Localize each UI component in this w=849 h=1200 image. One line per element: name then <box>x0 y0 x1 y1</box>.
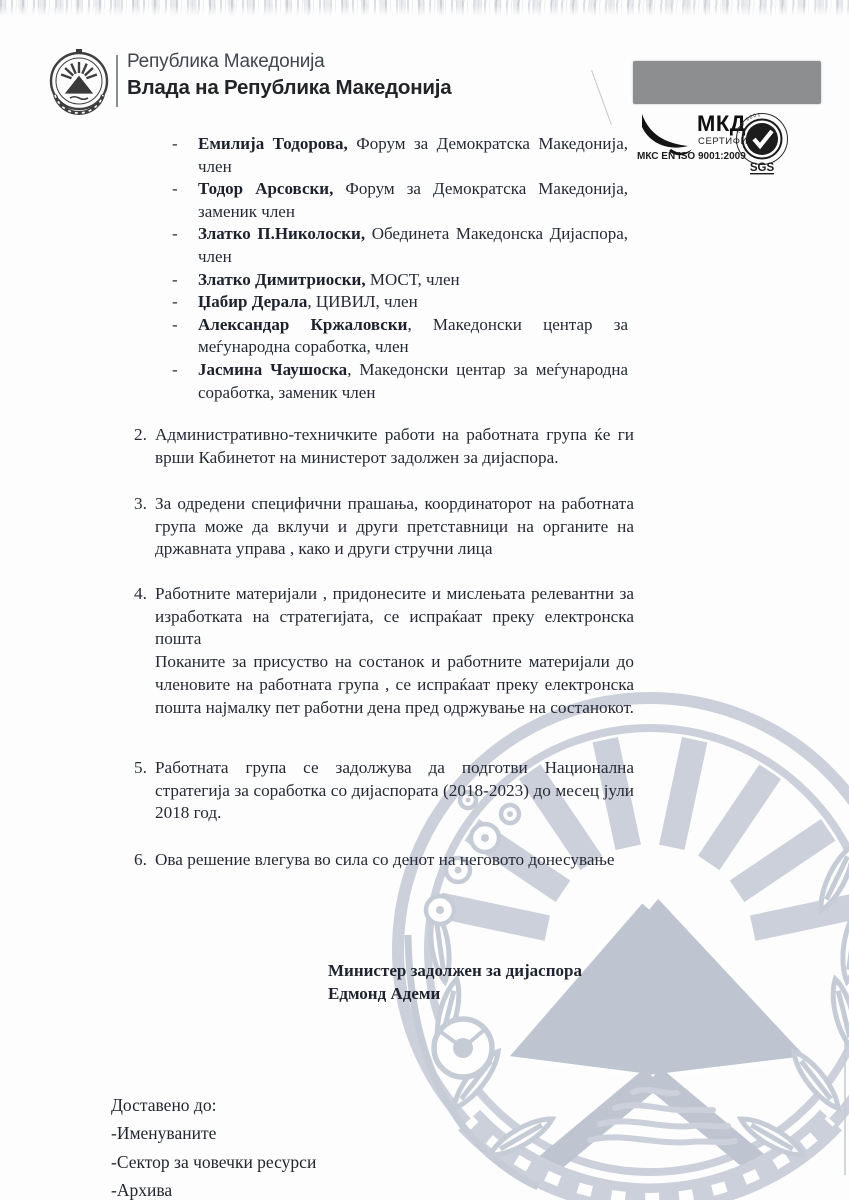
member-name: Јасмина Чаушоска <box>198 360 347 379</box>
paragraph-6: 6. Ова решение влегува во сила со денот … <box>134 849 634 872</box>
paragraph-number: 6. <box>134 849 155 872</box>
country-name: Република Македонија <box>127 51 452 73</box>
paragraph-number: 5. <box>134 757 155 825</box>
paragraph-number: 2. <box>134 424 155 469</box>
paragraph-text: Ова решение влегува во сила со денот на … <box>155 849 634 872</box>
paragraph-text: Работната група се задолжува да подготви… <box>155 757 634 825</box>
paragraph-text: Работните материјали , придонесите и мис… <box>155 583 634 651</box>
scan-crease-line <box>591 70 612 125</box>
list-bullet: - <box>172 314 198 359</box>
minister-name: Едмонд Адеми <box>328 982 582 1005</box>
signature-block: Министер задолжен за дијаспора Едмонд Ад… <box>328 959 582 1005</box>
paragraph-3: 3. За одредени специфични прашања, коорд… <box>134 493 634 561</box>
paragraph-5: 5. Работната група се задолжува да подго… <box>134 757 634 825</box>
paragraph-text: За одредени специфични прашања, координа… <box>155 493 634 561</box>
paragraph-4: 4. Работните материјали , придонесите и … <box>134 583 634 719</box>
header-org-titles: Република Македонија Влада на Република … <box>127 51 452 100</box>
header-divider <box>116 55 118 107</box>
watermark-emblem <box>388 640 849 1200</box>
list-item: - Јасмина Чаушоска, Македонски центар за… <box>172 359 628 404</box>
paragraph-2: 2. Административно-техничките работи на … <box>134 424 634 469</box>
member-name: Златко Димитриоски, <box>198 270 366 289</box>
working-group-member-list: - Емилија Тодорова, Форум за Демократска… <box>172 133 628 404</box>
list-bullet: - <box>172 359 198 404</box>
list-item: - Џабир Дерала, ЦИВИЛ, член <box>172 291 628 314</box>
distribution-list: Доставено до: -Именуваните -Сектор за чо… <box>111 1091 316 1200</box>
government-name: Влада на Република Македонија <box>127 76 452 100</box>
list-bullet: - <box>172 223 198 268</box>
list-item: - Александар Кржаловски, Македонски цент… <box>172 314 628 359</box>
list-bullet: - <box>172 133 198 178</box>
paragraph-text: Административно-техничките работи на раб… <box>155 424 634 469</box>
paragraph-number: 4. <box>134 583 155 719</box>
minister-title: Министер задолжен за дијаспора <box>328 959 582 982</box>
member-name: Тодор Арсовски, <box>198 179 333 198</box>
sgs-label: SGS <box>750 162 775 174</box>
redacted-box <box>633 61 821 104</box>
list-item: - Емилија Тодорова, Форум за Демократска… <box>172 133 628 178</box>
distribution-heading: Доставено до: <box>111 1091 316 1119</box>
member-name: Александар Кржаловски <box>198 315 407 334</box>
member-affiliation: , ЦИВИЛ, член <box>307 292 417 311</box>
list-item: - Златко П.Николоски, Обединета Македонс… <box>172 223 628 268</box>
list-item: - Златко Димитриоски, МОСТ, член <box>172 269 628 292</box>
state-emblem-icon <box>46 48 112 116</box>
distribution-item: -Архива <box>111 1176 316 1200</box>
member-name: Златко П.Николоски, <box>198 224 365 243</box>
list-bullet: - <box>172 269 198 292</box>
list-bullet: - <box>172 291 198 314</box>
distribution-item: -Именуваните <box>111 1119 316 1147</box>
member-affiliation: МОСТ, член <box>366 270 460 289</box>
paragraph-text-continued: Поканите за присуство на состанок и рабо… <box>155 651 634 719</box>
member-name: Џабир Дерала <box>198 292 307 311</box>
member-name: Емилија Тодорова, <box>198 134 348 153</box>
scan-edge-line <box>844 990 846 1175</box>
paragraph-number: 3. <box>134 493 155 561</box>
list-item: - Тодор Арсовски, Форум за Демократска М… <box>172 178 628 223</box>
distribution-item: -Сектор за човечки ресурси <box>111 1148 316 1176</box>
sgs-certification-icon: ISO 9001 SGS <box>731 112 793 178</box>
scan-noise-band <box>0 0 849 16</box>
list-bullet: - <box>172 178 198 223</box>
mkd-iso-standard: МКС EN ISO 9001:2009 <box>637 151 746 162</box>
scanned-document-page: Република Македонија Влада на Република … <box>0 0 849 1200</box>
